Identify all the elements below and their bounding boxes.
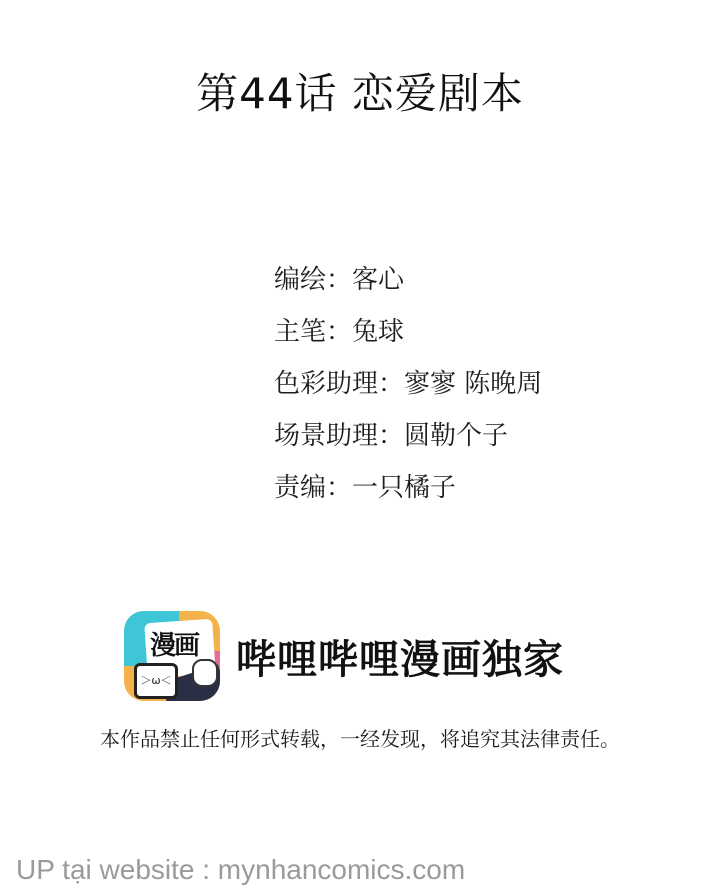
- thumbs-up-icon: [192, 659, 218, 687]
- credit-value: 兔球: [352, 317, 404, 347]
- credit-label: 责编：: [274, 473, 352, 503]
- credit-label: 色彩助理：: [274, 369, 404, 399]
- credit-row-scene-assistant: 场景助理：圆勒个子: [274, 414, 542, 466]
- credit-row-lead-artist: 主笔：兔球: [274, 310, 542, 362]
- credit-value: 一只橘子: [352, 473, 456, 503]
- credit-label: 场景助理：: [274, 421, 404, 451]
- credit-row-color-assistant: 色彩助理：寥寥 陈晚周: [274, 362, 542, 414]
- credit-value: 寥寥 陈晚周: [404, 369, 542, 399]
- bilibili-manga-logo-icon: 漫画 ＞ω＜: [124, 611, 220, 701]
- brand-block: 漫画 ＞ω＜ 哔哩哔哩漫画独家: [124, 611, 564, 701]
- logo-glyph: 漫画: [150, 625, 198, 662]
- credits-list: 编绘：客心 主笔：兔球 色彩助理：寥寥 陈晚周 场景助理：圆勒个子 责编：一只橘…: [274, 258, 542, 518]
- tv-mascot-face: ＞ω＜: [137, 672, 175, 688]
- credit-row-editor: 责编：一只橘子: [274, 466, 542, 518]
- credit-label: 主笔：: [274, 317, 352, 347]
- copyright-notice: 本作品禁止任何形式转载，一经发现，将追究其法律责任。: [0, 724, 720, 754]
- watermark-text: UP tại website : mynhancomics.com: [16, 852, 465, 888]
- tv-mascot-icon: ＞ω＜: [134, 663, 178, 699]
- credit-value: 客心: [352, 265, 404, 295]
- chapter-title: 第44话 恋爱剧本: [0, 64, 720, 124]
- credit-label: 编绘：: [274, 265, 352, 295]
- credit-row-artist: 编绘：客心: [274, 258, 542, 310]
- credit-value: 圆勒个子: [404, 421, 508, 451]
- brand-exclusive-text: 哔哩哔哩漫画独家: [236, 628, 564, 685]
